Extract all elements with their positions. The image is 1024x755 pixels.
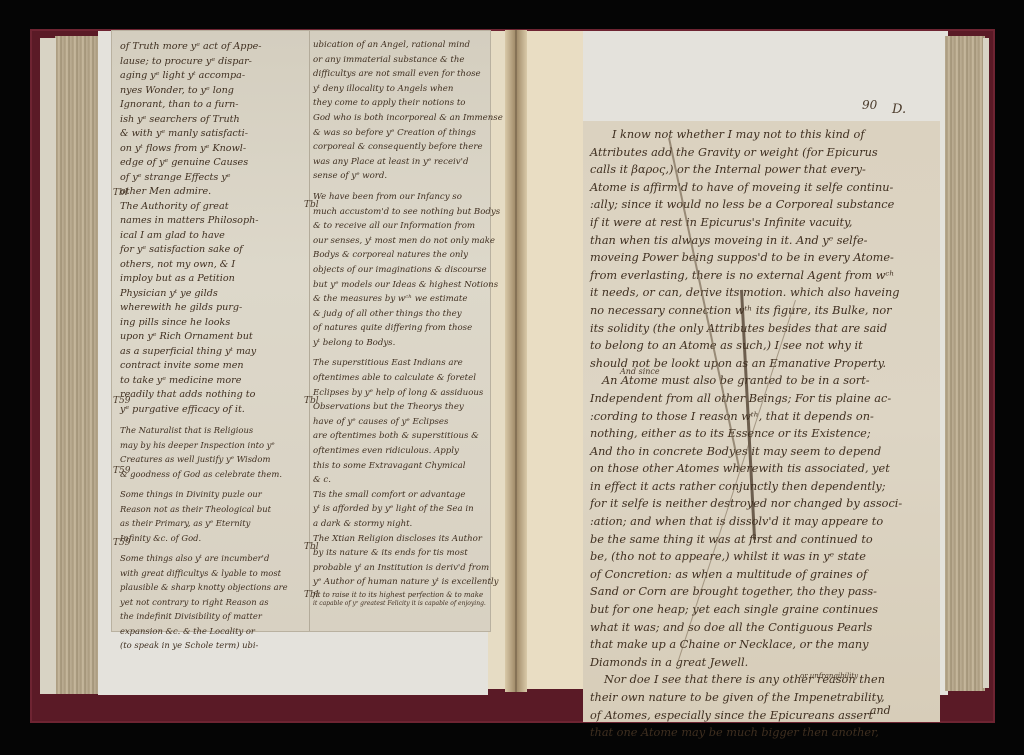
text-line: ing pills since he looks	[120, 316, 310, 331]
text-line: other Men admire.	[120, 185, 310, 200]
text-line: of Concretion: as when a multitude of gr…	[590, 566, 935, 584]
text-line: but yᵉ models our Ideas & highest Notion…	[313, 278, 508, 293]
interlinear-insertion: or unfrangibility	[800, 672, 858, 680]
text-line: :ation; and when that is dissolv'd it ma…	[590, 513, 935, 531]
text-line: corporeal & consequently before there	[313, 140, 508, 155]
text-line: & judg of all other things tho they	[313, 307, 508, 322]
text-line: yᵗ belong to Bodys.	[313, 336, 508, 351]
text-line: Some things also yᵗ are incumber'd	[120, 551, 310, 566]
text-line: yet not contrary to right Reason as	[120, 595, 310, 610]
text-line: Diamonds in a great Jewell.	[590, 654, 935, 672]
right-column-text: I know not whether I may not to this kin…	[590, 126, 935, 742]
text-line: Bodys & corporeal natures the only	[313, 248, 508, 263]
text-line: the indefinit Divisibility of matter	[120, 609, 310, 624]
text-line: yᵗ is afforded by yᵉ light of the Sea in	[313, 502, 508, 517]
text-line: a dark & stormy night.	[313, 517, 508, 532]
margin-mark: Tbl	[304, 200, 319, 210]
text-line: much accustom'd to see nothing but Bodys	[313, 205, 508, 220]
text-line: it needs, or can, derive its motion. whi…	[590, 284, 935, 302]
text-line: Atome is affirm'd to have of moveing it …	[590, 179, 935, 197]
text-line: but for one heap; yet each single graine…	[590, 601, 935, 619]
text-line: Sand or Corn are brought together, tho t…	[590, 583, 935, 601]
text-line: & was so before yᵉ Creation of things	[313, 126, 508, 141]
text-line: objects of our imaginations & discourse	[313, 263, 508, 278]
text-line: may by his deeper Inspection into yᵉ	[120, 438, 310, 453]
text-line: oftentimes even ridiculous. Apply	[313, 444, 508, 459]
margin-mark: T59	[113, 538, 130, 548]
text-line: as a superficial thing yᵗ may	[120, 345, 310, 360]
text-line: if it were at rest in Epicurus's Infinit…	[590, 214, 935, 232]
right-mount-strip	[983, 38, 989, 688]
text-line: on those other Atomes wherewith tis asso…	[590, 460, 935, 478]
left-column-a: of Truth more yᵉ act of Appe- lause; to …	[120, 40, 310, 653]
text-line: that make up a Chaine or Necklace, or th…	[590, 636, 935, 654]
text-line: of yᵉ strange Effects yᵉ	[120, 171, 310, 186]
text-line: ical I am glad to have	[120, 229, 310, 244]
text-line: & c.	[313, 473, 508, 488]
text-line: what it was; and so doe all the Contiguo…	[590, 619, 935, 637]
text-line: fit to raise it to its highest perfectio…	[313, 590, 508, 600]
text-line: expansion &c. & the Locality or	[120, 624, 310, 639]
text-line: And tho in concrete Bodyes it may seem t…	[590, 443, 935, 461]
text-line: calls it βαρος,) or the Internal power t…	[590, 161, 935, 179]
margin-mark: Tbl	[304, 590, 319, 600]
text-line: they come to apply their notions to	[313, 96, 508, 111]
text-line: moveing Power being suppos'd to be in ev…	[590, 249, 935, 267]
page-mark: D.	[892, 102, 906, 117]
text-line: to take yᵉ medicine more	[120, 374, 310, 389]
text-line: ish yᵉ searchers of Truth	[120, 113, 310, 128]
margin-mark: T59	[113, 396, 130, 406]
text-line: yᵉ purgative efficacy of it.	[120, 403, 310, 418]
margin-mark: Tbl	[304, 396, 319, 406]
text-line: contract invite some men	[120, 359, 310, 374]
text-line: in effect it acts rather conjunctly then…	[590, 478, 935, 496]
text-line: readily that adds nothing to	[120, 388, 310, 403]
text-line: Reason not as their Theological but	[120, 502, 310, 517]
text-line: Eclipses by yᵉ help of long & assiduous	[313, 386, 508, 401]
text-line: its solidity (the only Attributes beside…	[590, 320, 935, 338]
text-line: Creatures as well justify yᵉ Wisdom	[120, 452, 310, 467]
text-line: & goodness of God as celebrate them.	[120, 467, 310, 482]
text-line: nyes Wonder, to yᵉ long	[120, 84, 310, 99]
text-line: others, not my own, & I	[120, 258, 310, 273]
text-line: aging yᵉ light yᵗ accompa-	[120, 69, 310, 84]
text-line: God who is both incorporeal & an Immense	[313, 111, 508, 126]
text-line: yᵗ deny illocality to Angels when	[313, 82, 508, 97]
text-line: ubication of an Angel, rational mind	[313, 38, 508, 53]
text-line: :ally; since it would no less be a Corpo…	[590, 196, 935, 214]
text-line: imploy but as a Petition	[120, 272, 310, 287]
right-page-edges	[945, 36, 985, 691]
left-mount-strip	[40, 38, 56, 694]
text-line: The Naturalist that is Religious	[120, 423, 310, 438]
right-white-mount	[583, 31, 940, 121]
text-line: I know not whether I may not to this kin…	[590, 126, 935, 144]
text-line: names in matters Philosoph-	[120, 214, 310, 229]
text-line: & with yᵉ manly satisfacti-	[120, 127, 310, 142]
text-line: Infinity &c. of God.	[120, 531, 310, 546]
margin-mark: T59	[113, 466, 130, 476]
text-line: The Authority of great	[120, 200, 310, 215]
text-line: wherewith he gilds purg-	[120, 301, 310, 316]
text-line: edge of yᵉ genuine Causes	[120, 156, 310, 171]
margin-mark: Tbl	[304, 542, 319, 552]
text-line: on yᵗ flows from yᵉ Knowl-	[120, 142, 310, 157]
text-line: was any Place at least in yᵉ receiv'd	[313, 155, 508, 170]
left-page-edges	[55, 36, 99, 694]
text-line: that one Atome may be much bigger then a…	[590, 724, 935, 742]
text-line: than when tis always moveing in it. And …	[590, 232, 935, 250]
text-line: Attributes add the Gravity or weight (fo…	[590, 144, 935, 162]
text-line: & to receive all our Information from	[313, 219, 508, 234]
margin-mark: Tbl	[113, 188, 128, 198]
text-line: with great difficultys & lyable to most	[120, 566, 310, 581]
text-line: We have been from our Infancy so	[313, 190, 508, 205]
text-line: probable yᵗ an Institution is deriv'd fr…	[313, 561, 508, 576]
text-line: are oftentimes both & superstitious &	[313, 429, 508, 444]
text-line: Tis the small comfort or advantage	[313, 488, 508, 503]
text-line: The superstitious East Indians are	[313, 356, 508, 371]
text-line: it capable of yᵉ greatest Felicity it is…	[313, 600, 508, 608]
text-line: (to speak in ye Schole term) ubi-	[120, 638, 310, 653]
text-line: oftentimes able to calculate & foretel	[313, 371, 508, 386]
text-line: difficultys are not small even for those	[313, 67, 508, 82]
text-line: nothing, either as to its Essence or its…	[590, 425, 935, 443]
interlinear-insertion: And since	[620, 367, 660, 376]
text-line: to belong to an Atome as such,) I see no…	[590, 337, 935, 355]
text-line: yᵉ Author of human nature yᵗ is excellen…	[313, 575, 508, 590]
book-gutter	[505, 30, 527, 692]
text-line: Observations but the Theorys they	[313, 400, 508, 415]
text-line: of natures quite differing from those	[313, 321, 508, 336]
text-line: :cording to those I reason wᵗʰ, that it …	[590, 408, 935, 426]
text-line: Physician yᵗ ye gilds	[120, 287, 310, 302]
text-line: plausible & sharp knotty objections are	[120, 580, 310, 595]
text-line: be the same thing it was at first and co…	[590, 531, 935, 549]
text-line: Ignorant, than to a furn-	[120, 98, 310, 113]
text-line: Nor doe I see that there is any other re…	[590, 671, 935, 689]
text-line: by its nature & its ends for tis most	[313, 546, 508, 561]
text-line: or any immaterial substance & the	[313, 53, 508, 68]
text-line: of Truth more yᵉ act of Appe-	[120, 40, 310, 55]
text-line: from everlasting, there is no external A…	[590, 267, 935, 285]
text-line: have of yᵉ causes of yᵉ Eclipses	[313, 415, 508, 430]
text-line: & the measures by wᶜʰ we estimate	[313, 292, 508, 307]
text-line: Some things in Divinity puzle our	[120, 487, 310, 502]
text-line: upon yᵉ Rich Ornament but	[120, 330, 310, 345]
text-line: this to some Extravagant Chymical	[313, 459, 508, 474]
text-line: for it selfe is neither destroyed nor ch…	[590, 495, 935, 513]
left-column-b: ubication of an Angel, rational mind or …	[313, 38, 508, 608]
text-line: sense of yᵉ word.	[313, 169, 508, 184]
folio-number: 90	[862, 98, 877, 112]
text-line: our senses, yᵗ most men do not only make	[313, 234, 508, 249]
text-line: The Xtian Religion discloses its Author	[313, 532, 508, 547]
text-line: be, (tho not to appeare,) whilst it was …	[590, 548, 935, 566]
text-line: for yᵉ satisfaction sake of	[120, 243, 310, 258]
catchword: and	[870, 704, 891, 717]
text-line: as their Primary, as yᵉ Eternity	[120, 516, 310, 531]
text-line: lause; to procure yᵉ dispar-	[120, 55, 310, 70]
text-line: no necessary connection wᵗʰ its figure, …	[590, 302, 935, 320]
